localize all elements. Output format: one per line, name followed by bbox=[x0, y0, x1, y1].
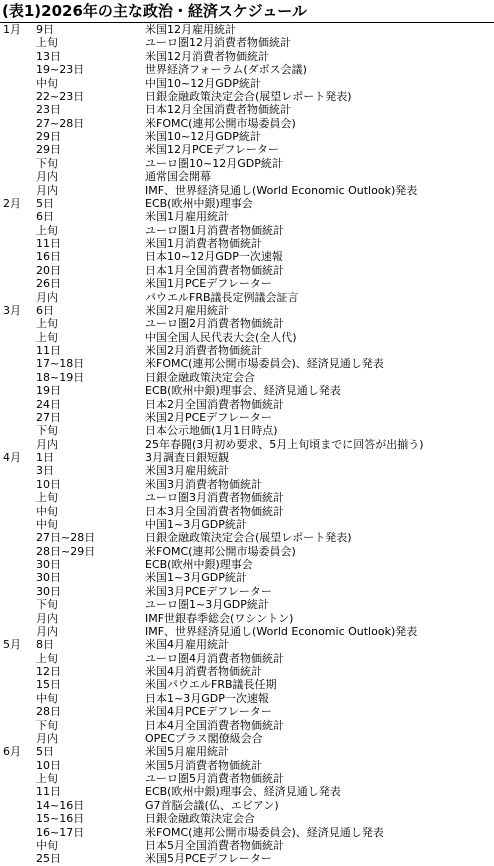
month-label bbox=[0, 117, 36, 130]
event-label: IMF、世界経済見通し(World Economic Outlook)発表 bbox=[145, 625, 494, 638]
month-label bbox=[0, 63, 36, 76]
schedule-row: 上旬ユーロ圏4月消費者物価統計 bbox=[0, 652, 494, 665]
event-label: ユーロ圏4月消費者物価統計 bbox=[145, 652, 494, 665]
event-label: 米国2月消費者物価統計 bbox=[145, 344, 494, 357]
event-label: 米国1月PCEデフレーター bbox=[145, 277, 494, 290]
month-label bbox=[0, 384, 36, 397]
month-label bbox=[0, 598, 36, 611]
schedule-row: 11日米国1月消費者物価統計 bbox=[0, 237, 494, 250]
event-label: 米国3月雇用統計 bbox=[145, 464, 494, 477]
month-label bbox=[0, 103, 36, 116]
month-label bbox=[0, 264, 36, 277]
month-label bbox=[0, 665, 36, 678]
event-label: 米国3月PCEデフレーター bbox=[145, 585, 494, 598]
schedule-row: 1月9日米国12月雇用統計 bbox=[0, 23, 494, 36]
event-label: 中国10~12月GDP統計 bbox=[145, 77, 494, 90]
date-label: 6日 bbox=[36, 210, 145, 223]
schedule-row: 13日米国12月消費者物価統計 bbox=[0, 50, 494, 63]
month-label bbox=[0, 237, 36, 250]
date-label: 中旬 bbox=[36, 692, 145, 705]
schedule-row: 26日米国1月PCEデフレーター bbox=[0, 277, 494, 290]
schedule-row: 上旬ユーロ圏12月消費者物価統計 bbox=[0, 36, 494, 49]
month-label bbox=[0, 411, 36, 424]
schedule-row: 29日米国12月PCEデフレーター bbox=[0, 143, 494, 156]
date-label: 中旬 bbox=[36, 505, 145, 518]
event-label: 中国1~3月GDP統計 bbox=[145, 518, 494, 531]
month-label bbox=[0, 759, 36, 772]
schedule-row: 月内IMF世銀春季総会(ワシントン) bbox=[0, 612, 494, 625]
schedule-table: 1月9日米国12月雇用統計上旬ユーロ圏12月消費者物価統計13日米国12月消費者… bbox=[0, 22, 494, 866]
schedule-row: 30日米国3月PCEデフレーター bbox=[0, 585, 494, 598]
schedule-row: 15日米国パウエルFRB議長任期 bbox=[0, 678, 494, 691]
date-label: 12日 bbox=[36, 665, 145, 678]
date-label: 19日 bbox=[36, 384, 145, 397]
date-label: 6日 bbox=[36, 304, 145, 317]
schedule-row: 27日~28日日銀金融政策決定会合(展望レポート発表) bbox=[0, 531, 494, 544]
month-label bbox=[0, 143, 36, 156]
month-label: 3月 bbox=[0, 304, 36, 317]
schedule-row: 11日米国2月消費者物価統計 bbox=[0, 344, 494, 357]
schedule-document: (表1)2026年の主な政治・経済スケジュール 1月9日米国12月雇用統計上旬ユ… bbox=[0, 0, 494, 866]
month-label: 6月 bbox=[0, 745, 36, 758]
month-label bbox=[0, 571, 36, 584]
date-label: 下旬 bbox=[36, 719, 145, 732]
schedule-row: 月内通常国会開幕 bbox=[0, 170, 494, 183]
event-label: 日本10~12月GDP一次速報 bbox=[145, 250, 494, 263]
month-label bbox=[0, 625, 36, 638]
date-label: 29日 bbox=[36, 130, 145, 143]
date-label: 上旬 bbox=[36, 331, 145, 344]
month-label bbox=[0, 518, 36, 531]
date-label: 23日 bbox=[36, 103, 145, 116]
date-label: 月内 bbox=[36, 170, 145, 183]
month-label bbox=[0, 478, 36, 491]
event-label: 日銀金融政策決定会合 bbox=[145, 371, 494, 384]
schedule-row: 上旬ユーロ圏5月消費者物価統計 bbox=[0, 772, 494, 785]
event-label: 日銀金融政策決定会合(展望レポート発表) bbox=[145, 90, 494, 103]
event-label: 米FOMC(連邦公開市場委員会)、経済見通し発表 bbox=[145, 357, 494, 370]
month-label bbox=[0, 157, 36, 170]
month-label bbox=[0, 678, 36, 691]
month-label: 2月 bbox=[0, 197, 36, 210]
event-label: 米国4月PCEデフレーター bbox=[145, 705, 494, 718]
date-label: 11日 bbox=[36, 344, 145, 357]
month-label bbox=[0, 317, 36, 330]
schedule-row: 11日ECB(欧州中銀)理事会、経済見通し発表 bbox=[0, 785, 494, 798]
date-label: 月内 bbox=[36, 184, 145, 197]
event-label: ユーロ圏12月消費者物価統計 bbox=[145, 36, 494, 49]
schedule-row: 下旬ユーロ圏10~12月GDP統計 bbox=[0, 157, 494, 170]
date-label: 3日 bbox=[36, 464, 145, 477]
event-label: ECB(欧州中銀)理事会、経済見通し発表 bbox=[145, 384, 494, 397]
month-label bbox=[0, 505, 36, 518]
event-label: ECB(欧州中銀)理事会、経済見通し発表 bbox=[145, 785, 494, 798]
event-label: 米FOMC(連邦公開市場委員会) bbox=[145, 545, 494, 558]
schedule-row: 27日米国2月PCEデフレーター bbox=[0, 411, 494, 424]
month-label bbox=[0, 170, 36, 183]
schedule-row: 20日日本1月全国消費者物価統計 bbox=[0, 264, 494, 277]
month-label: 5月 bbox=[0, 638, 36, 651]
month-label bbox=[0, 224, 36, 237]
schedule-row: 月内パウエルFRB議長定例議会証言 bbox=[0, 291, 494, 304]
date-label: 26日 bbox=[36, 277, 145, 290]
month-label bbox=[0, 558, 36, 571]
event-label: 日本3月全国消費者物価統計 bbox=[145, 505, 494, 518]
event-label: IMF世銀春季総会(ワシントン) bbox=[145, 612, 494, 625]
schedule-row: 19日ECB(欧州中銀)理事会、経済見通し発表 bbox=[0, 384, 494, 397]
date-label: 9日 bbox=[36, 23, 145, 36]
event-label: 米国1月雇用統計 bbox=[145, 210, 494, 223]
month-label bbox=[0, 491, 36, 504]
month-label bbox=[0, 291, 36, 304]
schedule-row: 月内OPECプラス閣僚級会合 bbox=[0, 732, 494, 745]
schedule-row: 月内25年春闘(3月初め要求、5月上旬頃までに回答が出揃う) bbox=[0, 438, 494, 451]
month-label bbox=[0, 250, 36, 263]
date-label: 下旬 bbox=[36, 157, 145, 170]
schedule-row: 中旬日本5月全国消費者物価統計 bbox=[0, 839, 494, 852]
schedule-row: 16~17日米FOMC(連邦公開市場委員会)、経済見通し発表 bbox=[0, 826, 494, 839]
schedule-row: 27~28日米FOMC(連邦公開市場委員会) bbox=[0, 117, 494, 130]
schedule-row: 16日日本10~12月GDP一次速報 bbox=[0, 250, 494, 263]
schedule-row: 上旬ユーロ圏2月消費者物価統計 bbox=[0, 317, 494, 330]
event-label: 米FOMC(連邦公開市場委員会)、経済見通し発表 bbox=[145, 826, 494, 839]
date-label: 29日 bbox=[36, 143, 145, 156]
month-label bbox=[0, 424, 36, 437]
date-label: 上旬 bbox=[36, 224, 145, 237]
schedule-row: 月内IMF、世界経済見通し(World Economic Outlook)発表 bbox=[0, 184, 494, 197]
date-label: 11日 bbox=[36, 237, 145, 250]
date-label: 上旬 bbox=[36, 491, 145, 504]
event-label: ユーロ圏10~12月GDP統計 bbox=[145, 157, 494, 170]
date-label: 14~16日 bbox=[36, 799, 145, 812]
date-label: 18~19日 bbox=[36, 371, 145, 384]
date-label: 5日 bbox=[36, 745, 145, 758]
date-label: 27日~28日 bbox=[36, 531, 145, 544]
month-label bbox=[0, 357, 36, 370]
month-label bbox=[0, 130, 36, 143]
month-label bbox=[0, 277, 36, 290]
schedule-row: 中旬中国10~12月GDP統計 bbox=[0, 77, 494, 90]
schedule-row: 15~16日日銀金融政策決定会合 bbox=[0, 812, 494, 825]
event-label: 米国1~3月GDP統計 bbox=[145, 571, 494, 584]
schedule-row: 17~18日米FOMC(連邦公開市場委員会)、経済見通し発表 bbox=[0, 357, 494, 370]
event-label: ECB(欧州中銀)理事会 bbox=[145, 558, 494, 571]
date-label: 月内 bbox=[36, 732, 145, 745]
event-label: 日本2月全国消費者物価統計 bbox=[145, 398, 494, 411]
event-label: 米国12月消費者物価統計 bbox=[145, 50, 494, 63]
month-label: 1月 bbox=[0, 23, 36, 36]
date-label: 上旬 bbox=[36, 772, 145, 785]
date-label: 16~17日 bbox=[36, 826, 145, 839]
schedule-row: 30日米国1~3月GDP統計 bbox=[0, 571, 494, 584]
date-label: 中旬 bbox=[36, 518, 145, 531]
schedule-row: 10日米国5月消費者物価統計 bbox=[0, 759, 494, 772]
schedule-row: 22~23日日銀金融政策決定会合(展望レポート発表) bbox=[0, 90, 494, 103]
event-label: 世界経済フォーラム(ダボス会議) bbox=[145, 63, 494, 76]
month-label bbox=[0, 531, 36, 544]
date-label: 15日 bbox=[36, 678, 145, 691]
date-label: 中旬 bbox=[36, 839, 145, 852]
event-label: ユーロ圏1~3月GDP統計 bbox=[145, 598, 494, 611]
schedule-row: 上旬ユーロ圏3月消費者物価統計 bbox=[0, 491, 494, 504]
date-label: 28日~29日 bbox=[36, 545, 145, 558]
schedule-row: 下旬ユーロ圏1~3月GDP統計 bbox=[0, 598, 494, 611]
date-label: 月内 bbox=[36, 625, 145, 638]
event-label: ユーロ圏3月消費者物価統計 bbox=[145, 491, 494, 504]
date-label: 25日 bbox=[36, 852, 145, 865]
event-label: 米国4月消費者物価統計 bbox=[145, 665, 494, 678]
month-label bbox=[0, 692, 36, 705]
event-label: 米国3月消費者物価統計 bbox=[145, 478, 494, 491]
date-label: 中旬 bbox=[36, 77, 145, 90]
event-label: ECB(欧州中銀)理事会 bbox=[145, 197, 494, 210]
event-label: 日本4月全国消費者物価統計 bbox=[145, 719, 494, 732]
event-label: 米国4月雇用統計 bbox=[145, 638, 494, 651]
month-label bbox=[0, 652, 36, 665]
event-label: ユーロ圏5月消費者物価統計 bbox=[145, 772, 494, 785]
date-label: 22~23日 bbox=[36, 90, 145, 103]
event-label: 米FOMC(連邦公開市場委員会) bbox=[145, 117, 494, 130]
event-label: 中国全国人民代表大会(全人代) bbox=[145, 331, 494, 344]
date-label: 30日 bbox=[36, 585, 145, 598]
schedule-row: 30日ECB(欧州中銀)理事会 bbox=[0, 558, 494, 571]
event-label: 米国5月PCEデフレーター bbox=[145, 852, 494, 865]
date-label: 10日 bbox=[36, 478, 145, 491]
date-label: 10日 bbox=[36, 759, 145, 772]
date-label: 24日 bbox=[36, 398, 145, 411]
month-label bbox=[0, 438, 36, 451]
month-label bbox=[0, 90, 36, 103]
schedule-row: 中旬日本3月全国消費者物価統計 bbox=[0, 505, 494, 518]
month-label bbox=[0, 210, 36, 223]
schedule-row: 12日米国4月消費者物価統計 bbox=[0, 665, 494, 678]
event-label: OPECプラス閣僚級会合 bbox=[145, 732, 494, 745]
event-label: 3月調査日銀短観 bbox=[145, 451, 494, 464]
date-label: 上旬 bbox=[36, 652, 145, 665]
schedule-row: 24日日本2月全国消費者物価統計 bbox=[0, 398, 494, 411]
event-label: 米国1月消費者物価統計 bbox=[145, 237, 494, 250]
schedule-row: 29日米国10~12月GDP統計 bbox=[0, 130, 494, 143]
page-title: (表1)2026年の主な政治・経済スケジュール bbox=[0, 0, 494, 21]
date-label: 13日 bbox=[36, 50, 145, 63]
event-label: G7首脳会議(仏、エビアン) bbox=[145, 799, 494, 812]
date-label: 上旬 bbox=[36, 36, 145, 49]
schedule-row: 上旬ユーロ圏1月消費者物価統計 bbox=[0, 224, 494, 237]
event-label: 米国パウエルFRB議長任期 bbox=[145, 678, 494, 691]
event-label: ユーロ圏1月消費者物価統計 bbox=[145, 224, 494, 237]
date-label: 下旬 bbox=[36, 598, 145, 611]
month-label bbox=[0, 464, 36, 477]
month-label bbox=[0, 371, 36, 384]
month-label bbox=[0, 719, 36, 732]
date-label: 16日 bbox=[36, 250, 145, 263]
schedule-row: 3月6日米国2月雇用統計 bbox=[0, 304, 494, 317]
event-label: 米国2月雇用統計 bbox=[145, 304, 494, 317]
schedule-row: 10日米国3月消費者物価統計 bbox=[0, 478, 494, 491]
month-label bbox=[0, 705, 36, 718]
month-label bbox=[0, 398, 36, 411]
schedule-row: 中旬中国1~3月GDP統計 bbox=[0, 518, 494, 531]
date-label: 19~23日 bbox=[36, 63, 145, 76]
schedule-row: 月内IMF、世界経済見通し(World Economic Outlook)発表 bbox=[0, 625, 494, 638]
schedule-row: 28日米国4月PCEデフレーター bbox=[0, 705, 494, 718]
date-label: 27~28日 bbox=[36, 117, 145, 130]
schedule-row: 2月5日ECB(欧州中銀)理事会 bbox=[0, 197, 494, 210]
event-label: パウエルFRB議長定例議会証言 bbox=[145, 291, 494, 304]
date-label: 上旬 bbox=[36, 317, 145, 330]
month-label bbox=[0, 732, 36, 745]
month-label bbox=[0, 799, 36, 812]
event-label: 米国12月PCEデフレーター bbox=[145, 143, 494, 156]
date-label: 月内 bbox=[36, 438, 145, 451]
month-label: 4月 bbox=[0, 451, 36, 464]
event-label: 日銀金融政策決定会合(展望レポート発表) bbox=[145, 531, 494, 544]
event-label: 日本5月全国消費者物価統計 bbox=[145, 839, 494, 852]
date-label: 15~16日 bbox=[36, 812, 145, 825]
event-label: 米国10~12月GDP統計 bbox=[145, 130, 494, 143]
schedule-row: 23日日本12月全国消費者物価統計 bbox=[0, 103, 494, 116]
event-label: 日銀金融政策決定会合 bbox=[145, 812, 494, 825]
schedule-row: 上旬中国全国人民代表大会(全人代) bbox=[0, 331, 494, 344]
month-label bbox=[0, 50, 36, 63]
schedule-row: 25日米国5月PCEデフレーター bbox=[0, 852, 494, 865]
event-label: 米国2月PCEデフレーター bbox=[145, 411, 494, 424]
event-label: 日本1~3月GDP一次速報 bbox=[145, 692, 494, 705]
date-label: 下旬 bbox=[36, 424, 145, 437]
date-label: 20日 bbox=[36, 264, 145, 277]
date-label: 17~18日 bbox=[36, 357, 145, 370]
schedule-row: 19~23日世界経済フォーラム(ダボス会議) bbox=[0, 63, 494, 76]
event-label: 日本12月全国消費者物価統計 bbox=[145, 103, 494, 116]
month-label bbox=[0, 852, 36, 865]
event-label: 通常国会開幕 bbox=[145, 170, 494, 183]
event-label: ユーロ圏2月消費者物価統計 bbox=[145, 317, 494, 330]
date-label: 28日 bbox=[36, 705, 145, 718]
schedule-row: 下旬日本4月全国消費者物価統計 bbox=[0, 719, 494, 732]
month-label bbox=[0, 585, 36, 598]
month-label bbox=[0, 812, 36, 825]
event-label: 日本公示地価(1月1日時点) bbox=[145, 424, 494, 437]
schedule-row: 6月5日米国5月雇用統計 bbox=[0, 745, 494, 758]
schedule-row: 中旬日本1~3月GDP一次速報 bbox=[0, 692, 494, 705]
event-label: 25年春闘(3月初め要求、5月上旬頃までに回答が出揃う) bbox=[145, 438, 494, 451]
schedule-row: 3日米国3月雇用統計 bbox=[0, 464, 494, 477]
month-label bbox=[0, 184, 36, 197]
month-label bbox=[0, 331, 36, 344]
month-label bbox=[0, 344, 36, 357]
schedule-row: 18~19日日銀金融政策決定会合 bbox=[0, 371, 494, 384]
month-label bbox=[0, 826, 36, 839]
event-label: 米国5月消費者物価統計 bbox=[145, 759, 494, 772]
date-label: 月内 bbox=[36, 612, 145, 625]
date-label: 27日 bbox=[36, 411, 145, 424]
schedule-row: 下旬日本公示地価(1月1日時点) bbox=[0, 424, 494, 437]
date-label: 5日 bbox=[36, 197, 145, 210]
schedule-row: 6日米国1月雇用統計 bbox=[0, 210, 494, 223]
event-label: 日本1月全国消費者物価統計 bbox=[145, 264, 494, 277]
month-label bbox=[0, 839, 36, 852]
date-label: 月内 bbox=[36, 291, 145, 304]
date-label: 11日 bbox=[36, 785, 145, 798]
event-label: 米国5月雇用統計 bbox=[145, 745, 494, 758]
schedule-row: 4月1日3月調査日銀短観 bbox=[0, 451, 494, 464]
date-label: 30日 bbox=[36, 558, 145, 571]
month-label bbox=[0, 612, 36, 625]
month-label bbox=[0, 36, 36, 49]
month-label bbox=[0, 772, 36, 785]
month-label bbox=[0, 77, 36, 90]
date-label: 8日 bbox=[36, 638, 145, 651]
date-label: 30日 bbox=[36, 571, 145, 584]
schedule-row: 14~16日G7首脳会議(仏、エビアン) bbox=[0, 799, 494, 812]
schedule-row: 28日~29日米FOMC(連邦公開市場委員会) bbox=[0, 545, 494, 558]
event-label: 米国12月雇用統計 bbox=[145, 23, 494, 36]
schedule-row: 5月8日米国4月雇用統計 bbox=[0, 638, 494, 651]
event-label: IMF、世界経済見通し(World Economic Outlook)発表 bbox=[145, 184, 494, 197]
month-label bbox=[0, 785, 36, 798]
month-label bbox=[0, 545, 36, 558]
date-label: 1日 bbox=[36, 451, 145, 464]
